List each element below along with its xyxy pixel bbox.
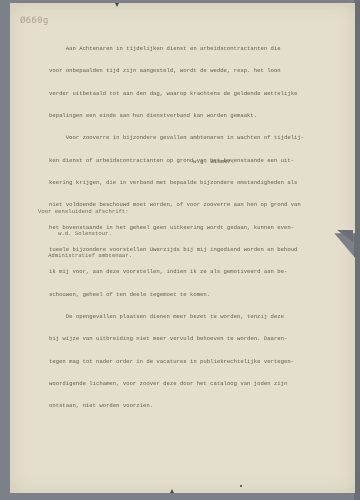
top-fold-mark: [115, 3, 119, 7]
document-page: Ø660g Aan Achtenaren in tijdelijken dien…: [10, 3, 355, 493]
page-top-shadow: [10, 3, 355, 9]
body-line: verder uitbetaald tot aan den dag, waaro…: [49, 90, 329, 97]
body-line: voor onbepaalden tijd zijn aangesteld, w…: [49, 67, 329, 74]
torn-edge-notch: [337, 230, 353, 242]
body-line: tegen mag tot nader order in de vacature…: [49, 358, 329, 365]
archive-number-stamp: Ø660g: [20, 16, 49, 26]
paper-speck: [240, 485, 242, 487]
copy-certification-line: Administratief ambtenaar.: [38, 252, 132, 259]
body-line: keering krijgen, die in verband met bepa…: [49, 179, 329, 186]
body-line: Aan Achtenaren in tijdelijken dienst en …: [49, 45, 329, 52]
copy-certification-line: Voor eensluidend afschrift:: [38, 208, 132, 215]
body-line: woordigende lichamen, voor zoover deze d…: [49, 380, 329, 387]
body-line: schouwen, geheel of ten deele tegemoet t…: [49, 291, 329, 298]
copy-certification: Voor eensluidend afschrift: w.d. Solenst…: [38, 193, 132, 274]
body-line: bij wijze van uitbreiding niet meer verv…: [49, 335, 329, 342]
copy-certification-line: w.d. Solenstour.: [38, 230, 132, 237]
body-line: ontstaan, niet worden voorzien.: [49, 402, 329, 409]
body-line: ken dienst of arbeidscontractanten op gr…: [49, 157, 329, 164]
body-line: Voor zooverre in bijzondere gevallen amb…: [49, 134, 329, 141]
scanned-document-viewer: Ø660g Aan Achtenaren in tijdelijken dien…: [0, 0, 360, 500]
body-line: bepalingen een einde aan hun dienstverba…: [49, 112, 329, 119]
signature-line: w.g. Wimmer.: [193, 158, 235, 165]
body-line: De opengevallen plaatsen dienen meer bez…: [49, 313, 329, 320]
bottom-fold-mark: [170, 489, 174, 493]
